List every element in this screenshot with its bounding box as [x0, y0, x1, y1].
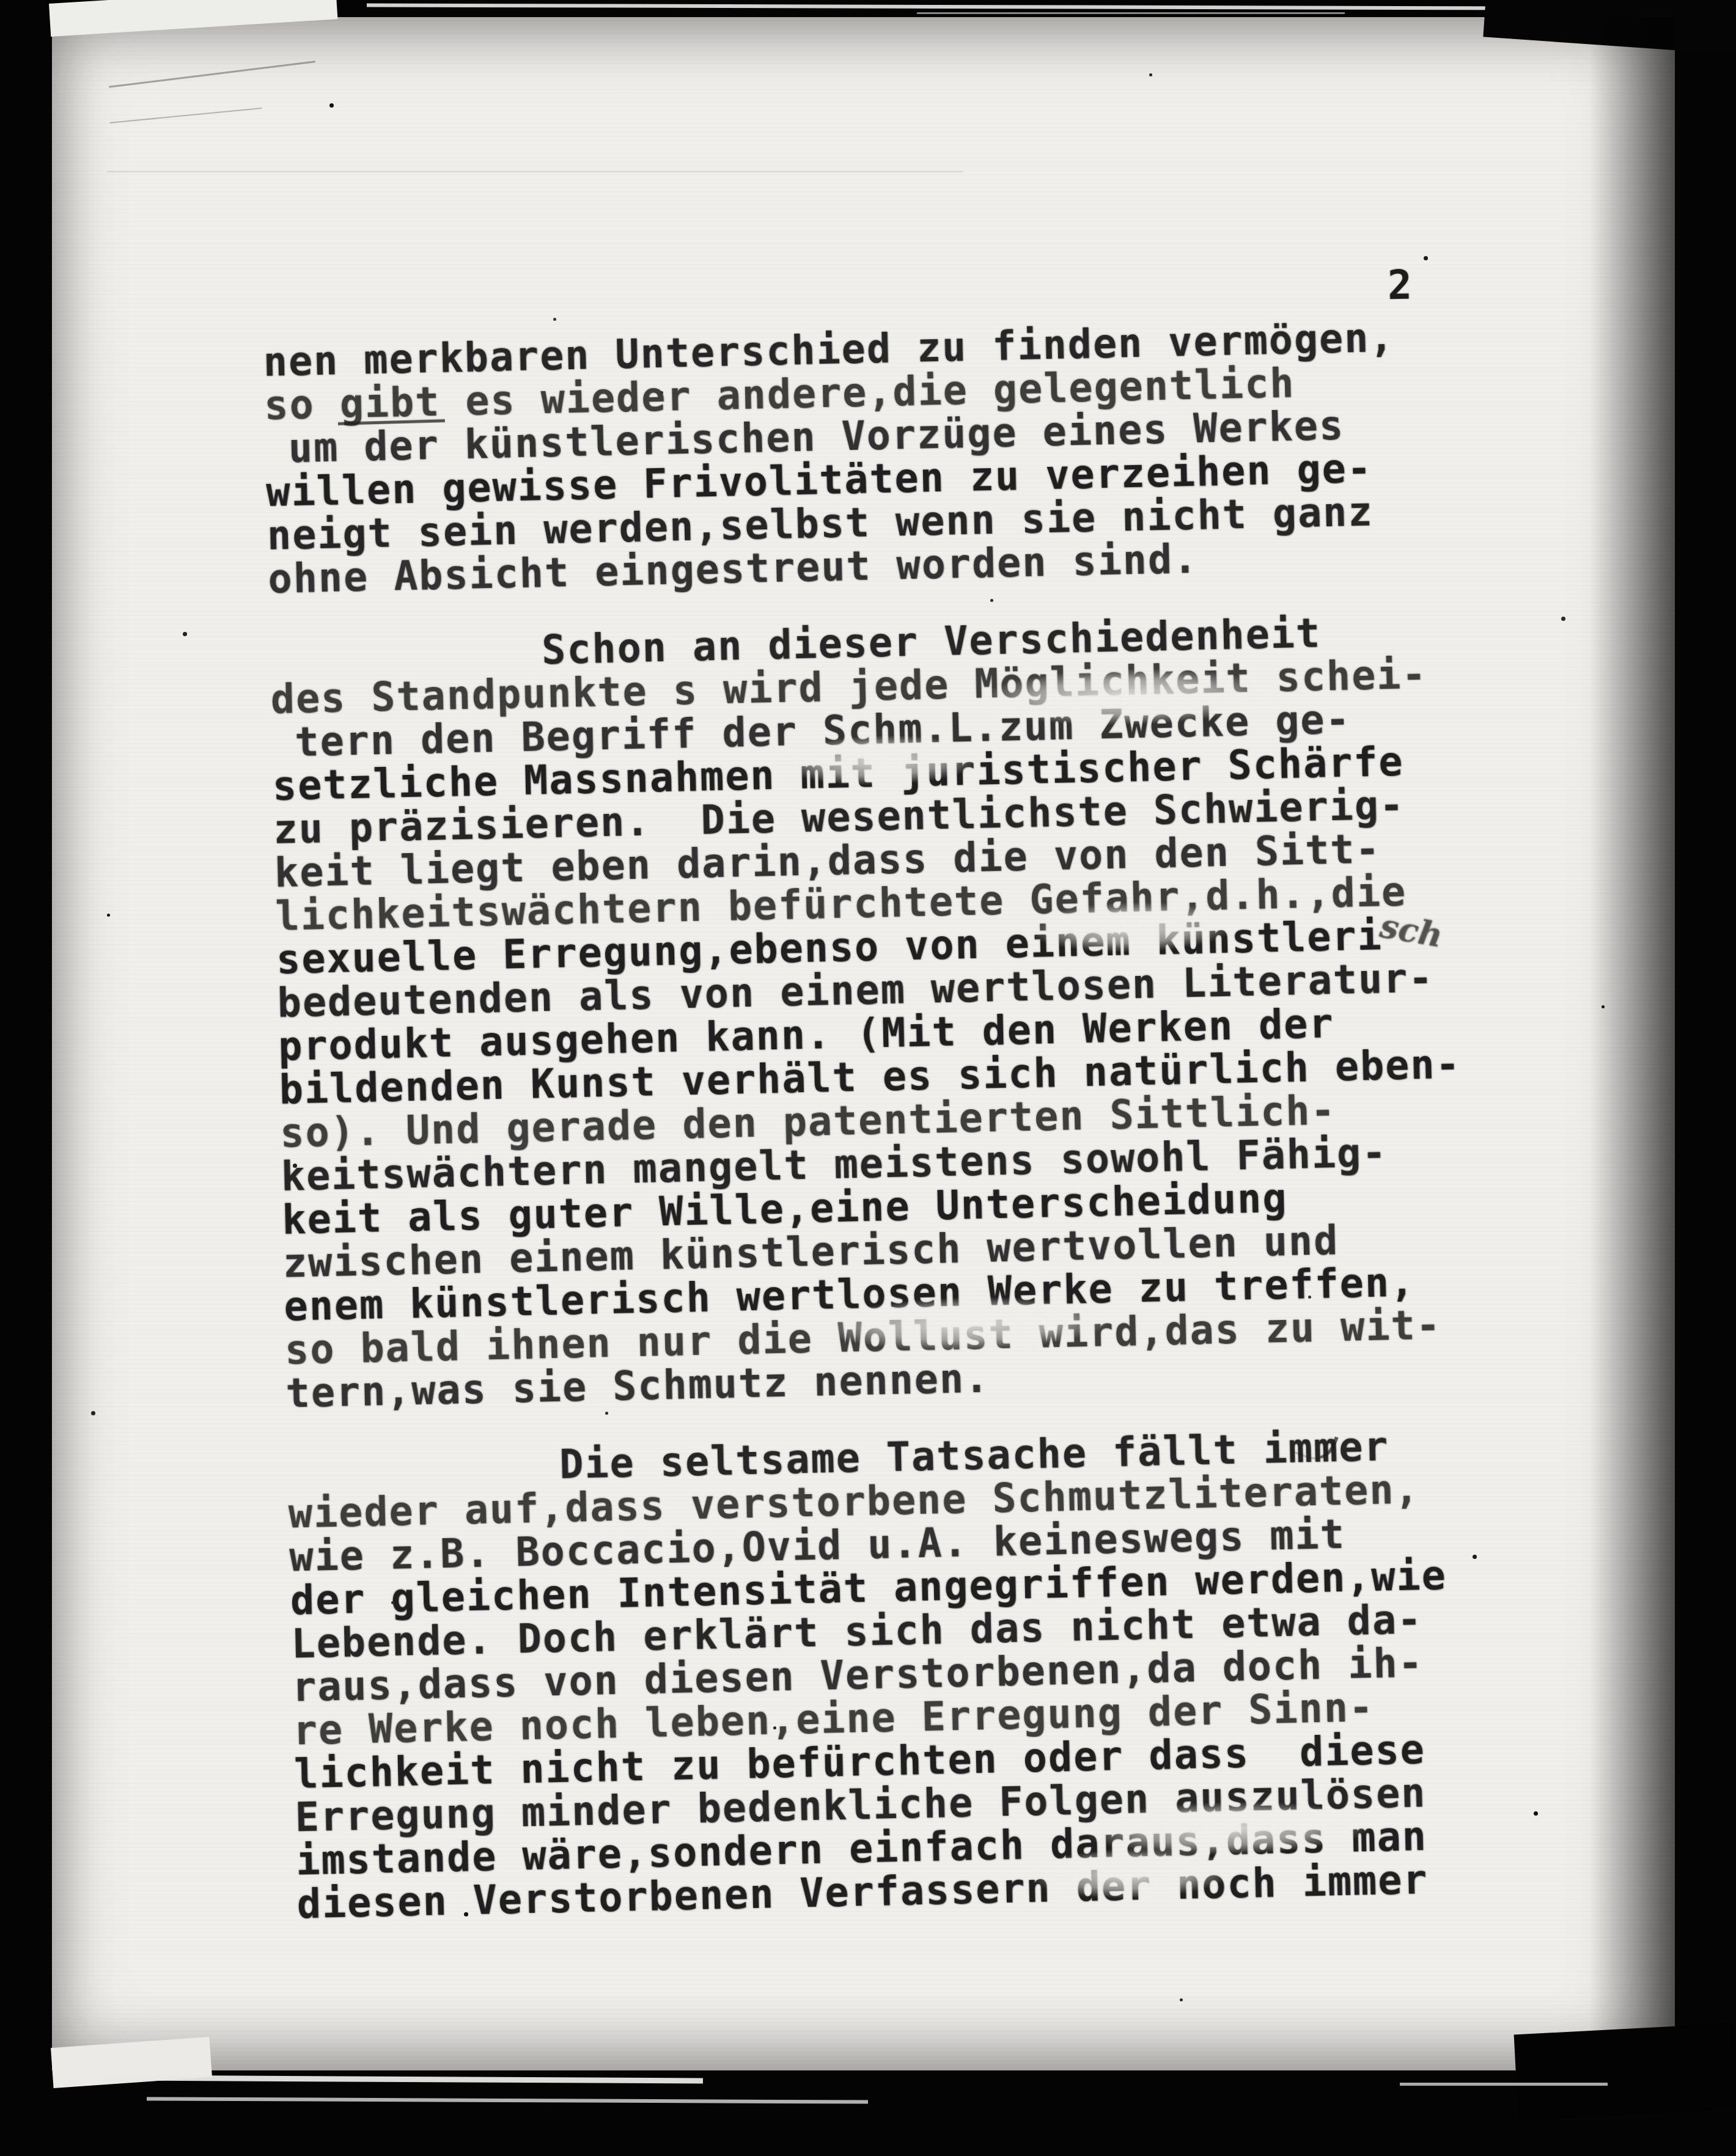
paper-sheet: 2 nen merkbaren Unterschied zu finden ve…	[52, 17, 1675, 2070]
scan-streak	[917, 12, 1345, 14]
document-scan: 2 nen merkbaren Unterschied zu finden ve…	[0, 0, 1736, 2156]
stacked-sheet-edge	[109, 61, 315, 87]
page-corner-shadow	[1514, 2023, 1736, 2121]
edge-shading	[1589, 17, 1675, 2070]
paragraph-1: nen merkbaren Unterschied zu finden verm…	[263, 313, 1521, 601]
stacked-sheet-edge	[109, 108, 262, 123]
paragraph-3: Die seltsame Tatsache fällt immer wieder…	[287, 1422, 1551, 1927]
scan-streak	[1400, 2083, 1608, 2086]
scan-streak	[104, 2075, 703, 2083]
paragraph-2: Schon an dieser Verschiedenheit des Stan…	[269, 607, 1539, 1415]
scan-streak	[367, 4, 1528, 10]
dust-specks	[0, 0, 3, 3]
page-number: 2	[1387, 262, 1412, 309]
sheet-edge-line	[107, 171, 963, 172]
scan-streak	[147, 2097, 868, 2103]
typewritten-text: nen merkbaren Unterschied zu finden verm…	[263, 313, 1550, 1926]
